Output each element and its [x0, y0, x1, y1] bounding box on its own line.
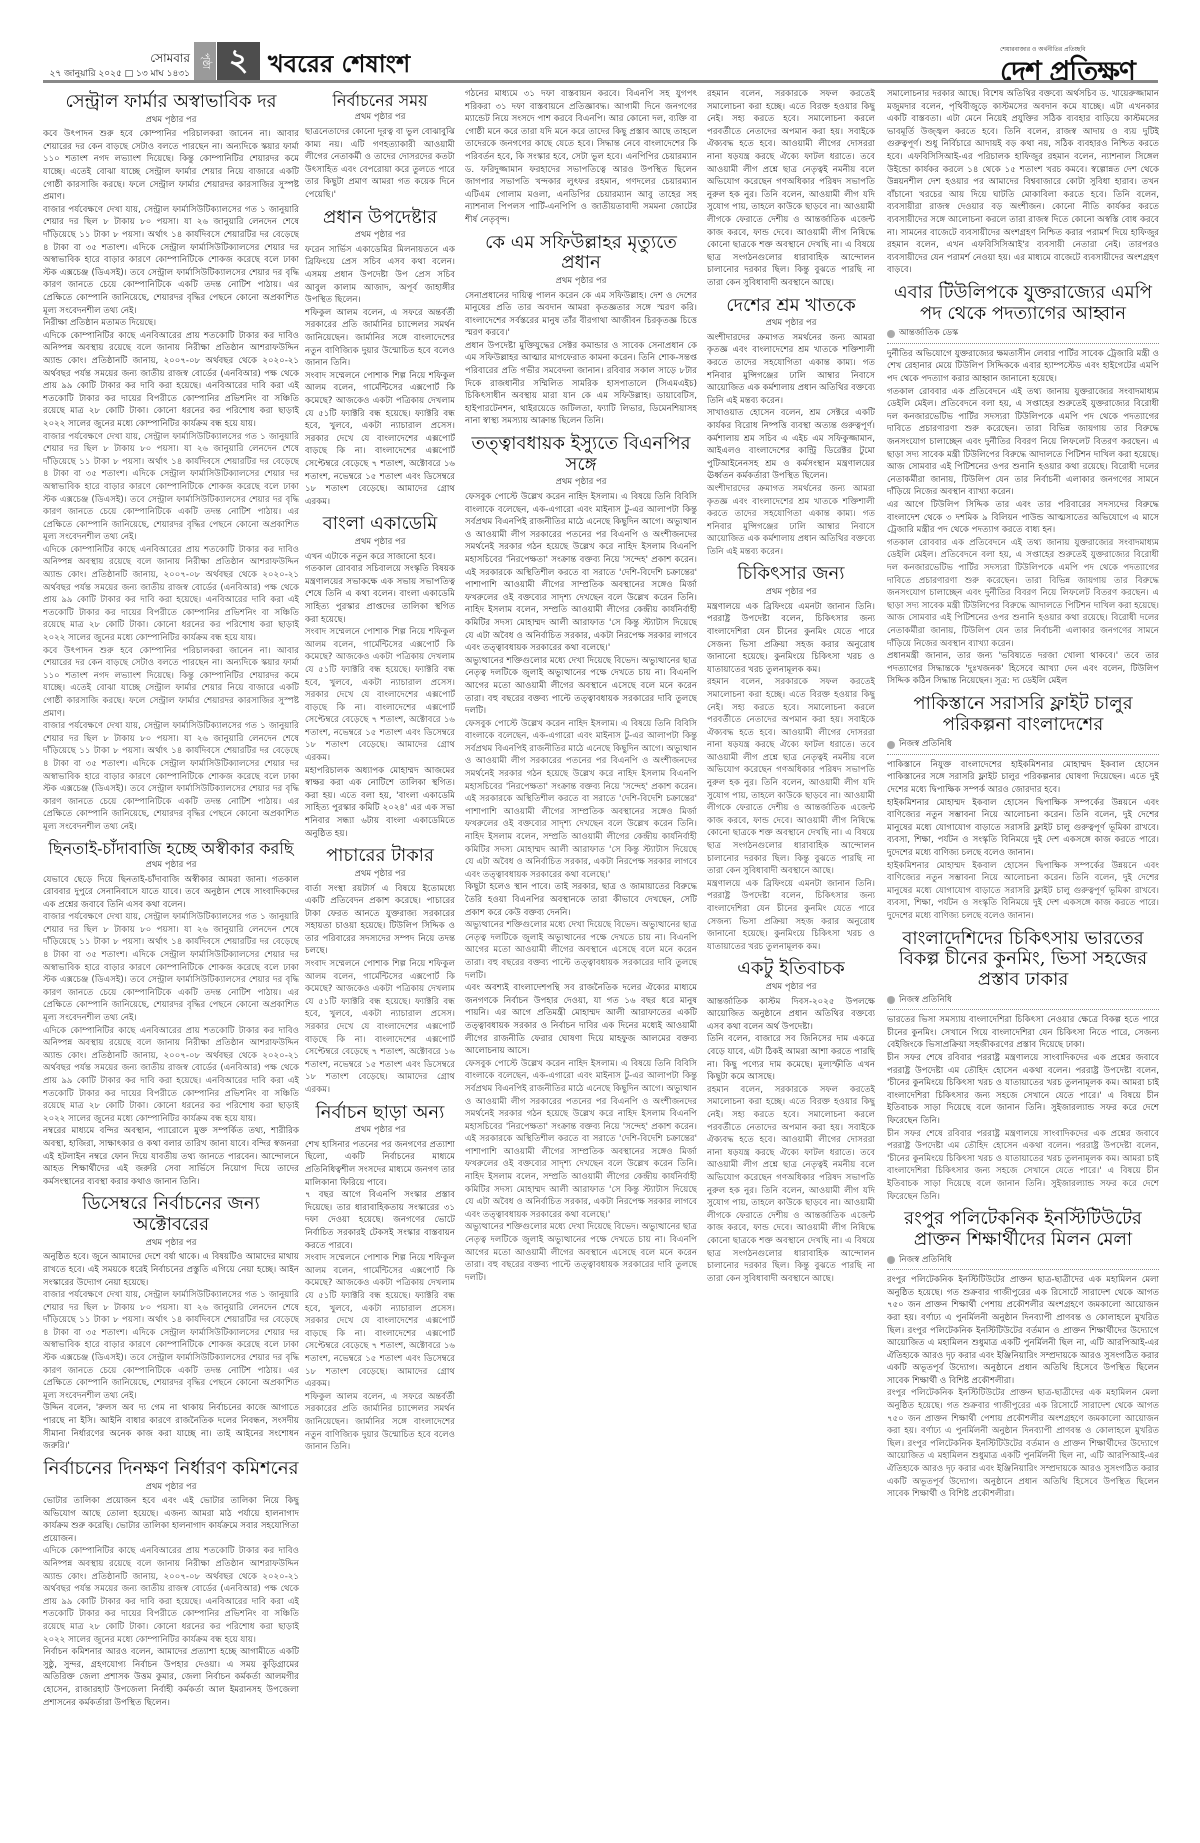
article-pakistan-flight: পাকিস্তানে সরাসরি ফ্লাইট চালুর পরিকল্পনা… — [887, 694, 1159, 923]
paragraph: চীন সফর শেষে রবিবার পররাষ্ট্র মন্ত্রণালয… — [887, 1128, 1159, 1204]
paragraph: ফরেন সার্ভিস একাডেমির মিলনায়তনে এক ব্রি… — [305, 244, 455, 307]
paragraph: ছাত্রনেতাদের কোনো দূরত্ব বা ভুল বোঝাবুঝি… — [305, 126, 455, 202]
paragraph: হাইকমিশনার মোহাম্মদ ইকবাল হোসেন দ্বিপাক্… — [887, 860, 1159, 923]
page-number: ২ — [217, 42, 260, 80]
paragraph: রহমান বলেন, সরকারকে সফল করতেই সমালোচনা ক… — [707, 676, 875, 878]
headline: নির্বাচনের সময় — [305, 92, 455, 110]
continued-label: প্রথম পৃষ্ঠার পর — [305, 536, 455, 549]
continued-label: প্রথম পৃষ্ঠার পর — [707, 586, 875, 599]
paragraph: কিছুটা হলেও স্থান পাবে। তাই সরকার, ছাত্র… — [465, 881, 697, 919]
paragraph: সাখাওয়াত হোসেন বলেন, শ্রম সেক্টরে একটি … — [707, 407, 875, 483]
paragraph: বাজার পর্যবেক্ষণে দেখা যায়, সেন্ট্রাল ফ… — [43, 431, 299, 544]
article-tulip: এবার টিউলিপকে যুক্তরাজ্যের এমপি পদ থেকে … — [887, 283, 1159, 688]
paragraph: কবে উৎপাদন শুরু হবে কোম্পানির পরিচালকরা … — [43, 128, 299, 204]
continued-label: প্রথম পৃষ্ঠার পর — [43, 859, 299, 872]
paragraph: বাজার পর্যবেক্ষণে দেখা যায়, সেন্ট্রাল ফ… — [43, 720, 299, 833]
article-criticism: রহমান বলেন, সরকারকে সফল করতেই সমালোচনা ক… — [707, 88, 875, 290]
continued-label: প্রথম পৃষ্ঠার পর — [707, 317, 875, 330]
paragraph: শেখ হাসিনার পতনের পর জনগণের প্রত্যাশা ছি… — [305, 1139, 455, 1189]
paragraph: ৭ বছর আগে বিএনপি সংস্কার প্রস্তাব দিয়েছ… — [305, 1189, 455, 1252]
paragraph: মন্ত্রণালয়ে এক ব্রিফিংয়ে এমনটা জানান ত… — [707, 878, 875, 954]
paragraph: মন্ত্রণালয়ে এক ব্রিফিংয়ে এমনটা জানান ত… — [707, 601, 875, 677]
paragraph: এদিকে কোম্পানিটির কাছে এনবিআরের প্রায় শ… — [43, 330, 299, 431]
column-2: নির্বাচনের সময় প্রথম পৃষ্ঠার পর ছাত্রনে… — [305, 88, 455, 1838]
top-rule — [43, 80, 1158, 83]
paragraph: গতকাল রোববার এক প্রতিবেদনে এই তথ্য জানায… — [887, 537, 1159, 650]
continued-label: প্রথম পৃষ্ঠার পর — [465, 476, 697, 489]
headline: পাকিস্তানে সরাসরি ফ্লাইট চালুর পরিকল্পনা… — [887, 694, 1159, 735]
article-customs: সমালোচনার দরকার আছে। বিশেষ অতিথির বক্তব্… — [887, 88, 1159, 277]
paragraph: এবং অবশ্যই বাংলাদেশপন্থি সব রাজনৈতিক দলে… — [465, 982, 697, 1058]
paragraph: অনুষ্ঠিত হবে। জুনে আমাদের দেশে বর্ষা থাক… — [43, 1251, 299, 1289]
headline: একটু ইতিবাচক — [707, 959, 875, 980]
paragraph: সংবাদ সম্মেলনে পোশাক শিল্প নিয়ে শফিকুল … — [305, 370, 455, 509]
paragraph: শফিকুল আলম বলেন, এ সফরে অন্তর্বর্তী সরকা… — [305, 307, 455, 370]
paragraph: রহমান বলেন, সরকারকে সফল করতেই সমালোচনা ক… — [707, 88, 875, 290]
continued-label: প্রথম পৃষ্ঠার পর — [305, 111, 455, 124]
byline: নিজস্ব প্রতিনিধি — [887, 994, 1159, 1007]
headline: চিকিৎসার জন্য — [707, 564, 875, 585]
continued-label: প্রথম পৃষ্ঠার পর — [305, 1124, 455, 1137]
paragraph: বাজার পর্যবেক্ষণে দেখা যায়, সেন্ট্রাল ফ… — [43, 911, 299, 1024]
article-rangpur-polytechnic: রংপুর পলিটেকনিক ইনস্টিটিউটের প্রাক্তন শি… — [887, 1209, 1159, 1501]
paragraph: ভারতের ভিসা সমস্যায় বাংলাদেশিরা চিকিৎসা… — [887, 1014, 1159, 1052]
paragraph: গঠনের মাধ্যমে ৩১ দফা বাস্তবায়ন করবে। বি… — [465, 88, 697, 227]
article-chief-adviser: প্রধান উপদেষ্টার প্রথম পৃষ্ঠার পর ফরেন স… — [305, 208, 455, 509]
paragraph: বার্তা সংস্থা রয়টার্স এ বিষয়ে ইতোমধ্যে… — [305, 883, 455, 959]
paragraph: মহাপরিচালক অধ্যাপক মোহাম্মদ আজমের স্বাক্… — [305, 765, 455, 841]
paragraph: সমালোচনার দরকার আছে। বিশেষ অতিথির বক্তব্… — [887, 88, 1159, 277]
paragraph: ফেসবুক পোস্টে উল্লেখ করেন নাহিদ ইসলাম। এ… — [465, 718, 697, 882]
paragraph: অংশীদারদের ক্রমাগত সমর্থনের জন্য আমরা কৃ… — [707, 483, 875, 559]
bullet-icon — [887, 1256, 895, 1264]
issue-date: ২৭ জানুয়ারি ২০২৫ □ ১৩ মাঘ ১৪৩১ — [50, 66, 190, 81]
continued-label: প্রথম পৃষ্ঠার পর — [465, 275, 697, 288]
continued-label: প্রথম পৃষ্ঠার পর — [43, 1481, 299, 1494]
article-election-time: নির্বাচনের সময় প্রথম পৃষ্ঠার পর ছাত্রনে… — [305, 92, 455, 202]
paragraph: এখন এটাকে নতুন করে সাজানো হবে। — [305, 551, 455, 564]
continued-label: প্রথম পৃষ্ঠার পর — [707, 981, 875, 994]
article-extortion: ছিনতাই-চাঁদাবাজি হচ্ছে অস্বীকার করছি প্র… — [43, 840, 299, 1189]
page-tag: পৃষ্ঠা — [194, 42, 216, 80]
continued-label: প্রথম পৃষ্ঠার পর — [305, 868, 455, 881]
column-4: রহমান বলেন, সরকারকে সফল করতেই সমালোচনা ক… — [707, 88, 875, 1838]
paragraph: উদ্দিন বলেন, 'রুলস অব দ্য গেম না থাকায় … — [43, 1402, 299, 1452]
headline: ডিসেম্বরে নির্বাচনের জন্য অক্টোবরের — [43, 1194, 299, 1235]
paragraph: যেভাবে ছেড়ে দিয়ে ছিনতাই-চাঁদাবাজি অস্ব… — [43, 874, 299, 912]
headline: কে এম সফিউল্লাহর মৃত্যুতে প্রধান — [465, 233, 697, 274]
headline: বাংলা একাডেমি — [305, 514, 455, 535]
masthead: সোমবার ২৭ জানুয়ারি ২০২৫ □ ১৩ মাঘ ১৪৩১ প… — [0, 0, 1200, 80]
byline: নিজস্ব প্রতিনিধি — [887, 1254, 1159, 1267]
paragraph: সেনাপ্রধানের দায়িত্ব পালন করেন কে এম সফ… — [465, 290, 697, 340]
paragraph: ভোটার তালিকা প্রয়োজন হবে এবং এই ভোটার ত… — [43, 1495, 299, 1545]
paragraph: এদিকে কোম্পানিটির কাছে এনবিআরের প্রায় শ… — [43, 1545, 299, 1646]
continued-label: প্রথম পৃষ্ঠার পর — [43, 114, 299, 127]
paragraph: হাইকমিশনার মোহাম্মদ ইকবাল হোসেন দ্বিপাক্… — [887, 797, 1159, 860]
paragraph: কবে উৎপাদন শুরু হবে কোম্পানির পরিচালকরা … — [43, 645, 299, 721]
article-december-election: ডিসেম্বরে নির্বাচনের জন্য অক্টোবরের প্রথ… — [43, 1194, 299, 1452]
divider — [887, 754, 1159, 755]
article-km-shafiullah: কে এম সফিউল্লাহর মৃত্যুতে প্রধান প্রথম প… — [465, 233, 697, 429]
byline: আন্তর্জাতিক ডেস্ক — [887, 327, 1159, 340]
headline: সেন্ট্রাল ফার্মার অস্বাভাবিক দর — [43, 92, 299, 113]
headline: দেশের শ্রম খাতকে — [707, 296, 875, 317]
column-1: সেন্ট্রাল ফার্মার অস্বাভাবিক দর প্রথম পৃ… — [43, 88, 299, 1838]
paragraph: গতকাল রোববার সচিবালয়ে সংস্কৃতি বিষয়ক ম… — [305, 563, 455, 626]
paragraph: ফেসবুক পোস্টে উল্লেখ করেন নাহিদ ইসলাম। এ… — [465, 1058, 697, 1222]
column-5: সমালোচনার দরকার আছে। বিশেষ অতিথির বক্তব্… — [887, 88, 1159, 1838]
headline: নির্বাচন ছাড়া অন্য — [305, 1103, 455, 1124]
paragraph: অভ্যুত্থানের শক্তিগুলোর মধ্যে দেখা দিয়ে… — [465, 919, 697, 982]
article-slightly-positive: একটু ইতিবাচক প্রথম পৃষ্ঠার পর আন্তর্জাতি… — [707, 959, 875, 1285]
continued-label: প্রথম পৃষ্ঠার পর — [305, 229, 455, 242]
column-3: গঠনের মাধ্যমে ৩১ দফা বাস্তবায়ন করবে। বি… — [465, 88, 697, 1838]
article-election-date-commission: নির্বাচনের দিনক্ষণ নির্ধারণ কমিশনের প্রথ… — [43, 1459, 299, 1709]
headline: নির্বাচনের দিনক্ষণ নির্ধারণ কমিশনের — [43, 1459, 299, 1480]
paragraph: রংপুর পলিটেকনিক ইনস্টিটিউটের প্রাক্তন ছা… — [887, 1274, 1159, 1387]
paragraph: আন্তর্জাতিক কাস্টম দিবস-২০২৫ উপলক্ষে আয়… — [707, 996, 875, 1034]
paragraph: অংশীদারদের ক্রমাগত সমর্থনের জন্য আমরা কৃ… — [707, 332, 875, 408]
paragraph: তিনি বলেন, বাজারে সব জিনিসের দাম একত্রে … — [707, 1033, 875, 1083]
article-china-kunming: বাংলাদেশিদের চিকিৎসায় ভারতের বিকল্প চীন… — [887, 929, 1159, 1204]
paragraph: নির্বাচন কমিশনার আরও বলেন, আমাদের প্রত্য… — [43, 1646, 299, 1709]
paragraph: সংবাদ সম্মেলনে পোশাক শিল্প নিয়ে শফিকুল … — [305, 626, 455, 765]
paragraph: অভ্যুত্থানের শক্তিগুলোর মধ্যে দেখা দিয়ে… — [465, 655, 697, 718]
paragraph: এদিকে কোম্পানিটির কাছে এনবিআরের প্রায় শ… — [43, 1025, 299, 1126]
article-labour-sector: দেশের শ্রম খাতকে প্রথম পৃষ্ঠার পর অংশীদা… — [707, 296, 875, 559]
paragraph: এদিকে কোম্পানিটির কাছে এনবিআরের প্রায় শ… — [43, 544, 299, 645]
paragraph: সংবাদ সম্মেলনে পোশাক শিল্প নিয়ে শফিকুল … — [305, 958, 455, 1097]
headline: প্রধান উপদেষ্টার — [305, 208, 455, 229]
headline: এবার টিউলিপকে যুক্তরাজ্যের এমপি পদ থেকে … — [887, 283, 1159, 324]
paragraph: চীন সফর শেষে রবিবার পররাষ্ট্র মন্ত্রণালয… — [887, 1052, 1159, 1128]
bullet-icon — [887, 996, 895, 1004]
paragraph: প্রধানমন্ত্রী জানান, তার জন্য 'ভবিষ্যতে … — [887, 650, 1159, 688]
paragraph: বাজার পর্যবেক্ষণে দেখা যায়, সেন্ট্রাল ফ… — [43, 1289, 299, 1402]
paragraph: ফেসবুক পোস্টে উল্লেখ করেন নাহিদ ইসলাম। এ… — [465, 491, 697, 655]
paragraph: পাকিস্তানে নিযুক্ত বাংলাদেশের হাইকমিশনার… — [887, 759, 1159, 797]
byline: নিজস্ব প্রতিনিধি — [887, 738, 1159, 751]
continued-label: প্রথম পৃষ্ঠার পর — [43, 1237, 299, 1250]
paragraph: বাজার পর্যবেক্ষণে দেখা যায়, সেন্ট্রাল ফ… — [43, 204, 299, 317]
paragraph: প্রধান উপদেষ্টা মুক্তিযুদ্ধের সেক্টর কমা… — [465, 340, 697, 428]
article-central-pharma: সেন্ট্রাল ফার্মার অস্বাভাবিক দর প্রথম পৃ… — [43, 92, 299, 834]
paragraph: সংবাদ সম্মেলনে পোশাক শিল্প নিয়ে শফিকুল … — [305, 1252, 455, 1391]
paragraph: দুর্নীতির অভিযোগে যুক্তরাজ্যের ক্ষমতাসীন… — [887, 348, 1159, 386]
paragraph: রংপুর পলিটেকনিক ইনস্টিটিউটের প্রাক্তন ছা… — [887, 1387, 1159, 1500]
divider — [887, 1009, 1159, 1010]
article-caretaker-issue: তত্ত্বাবধায়ক ইস্যুতে বিএনপির সঙ্গে প্রথ… — [465, 434, 697, 1284]
article-treatment: চিকিৎসার জন্য প্রথম পৃষ্ঠার পর মন্ত্রণাল… — [707, 564, 875, 953]
headline: ছিনতাই-চাঁদাবাজি হচ্ছে অস্বীকার করছি — [43, 840, 299, 858]
article-smuggled-money: পাচারের টাকার প্রথম পৃষ্ঠার পর বার্তা সং… — [305, 846, 455, 1096]
bullet-icon — [887, 741, 895, 749]
divider — [887, 1269, 1159, 1270]
paragraph: নম্বরের মাধ্যমে বন্দির অবস্থান, প্যারোলে… — [43, 1125, 299, 1188]
paragraph: এর আগে টিউলিপ সিদ্দিক তার এবং তার পরিবার… — [887, 499, 1159, 537]
article-bangla-academy: বাংলা একাডেমি প্রথম পৃষ্ঠার পর এখন এটাকে… — [305, 514, 455, 840]
divider — [887, 343, 1159, 344]
article-other-than-election: নির্বাচন ছাড়া অন্য প্রথম পৃষ্ঠার পর শেখ… — [305, 1103, 455, 1454]
paragraph: অভ্যুত্থানের শক্তিগুলোর মধ্যে দেখা দিয়ে… — [465, 1221, 697, 1284]
paragraph: গতকাল রোববার এক প্রতিবেদনে এই তথ্য জানায… — [887, 386, 1159, 499]
headline: তত্ত্বাবধায়ক ইস্যুতে বিএনপির সঙ্গে — [465, 434, 697, 475]
bullet-icon — [887, 330, 895, 338]
headline: পাচারের টাকার — [305, 846, 455, 867]
headline: রংপুর পলিটেকনিক ইনস্টিটিউটের প্রাক্তন শি… — [887, 1209, 1159, 1250]
paragraph: নিরীক্ষা প্রতিষ্ঠান মতামত দিয়েছে। — [43, 317, 299, 330]
paragraph: রহমান বলেন, সরকারকে সফল করতেই সমালোচনা ক… — [707, 1084, 875, 1286]
article-bnp-31-points: গঠনের মাধ্যমে ৩১ দফা বাস্তবায়ন করবে। বি… — [465, 88, 697, 227]
paragraph: শফিকুল আলম বলেন, এ সফরে অন্তর্বর্তী সরকা… — [305, 1391, 455, 1454]
headline: বাংলাদেশিদের চিকিৎসায় ভারতের বিকল্প চীন… — [887, 929, 1159, 991]
